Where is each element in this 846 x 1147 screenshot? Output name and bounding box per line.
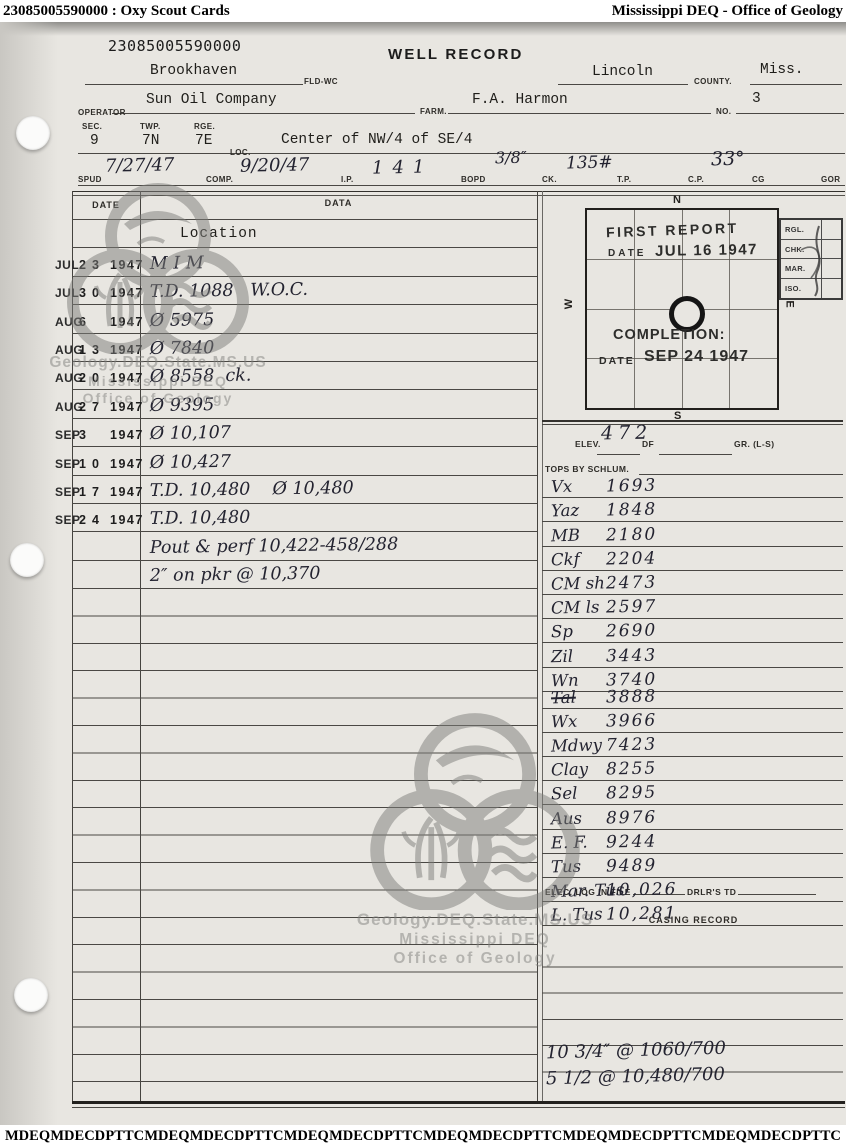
formation-top-row: Tus 9489 (542, 854, 843, 878)
date-stamp-day: 13 (79, 343, 105, 357)
entry-text: Ø 7840 (150, 338, 215, 359)
table-row: AUG 27 1947 Ø 9395 (72, 390, 537, 418)
date-stamp-day: 10 (79, 457, 105, 471)
date-stamp-year: 1947 (110, 513, 144, 527)
twp-value: 7N (142, 133, 159, 149)
entry-text: Ø 5975 (150, 310, 215, 331)
table-row: AUG 6 1947 Ø 5975 (72, 305, 537, 333)
tp-label: T.P. (617, 175, 631, 184)
underline (736, 113, 844, 114)
footer-item: PTTC (802, 1128, 841, 1145)
gor-label: GOR (821, 175, 840, 184)
ip-label: I.P. (341, 175, 354, 184)
table-bottom-rule (72, 1101, 845, 1104)
formation-top-row: Vx 1693 (542, 474, 843, 498)
date-stamp-day: 20 (79, 371, 105, 385)
entry-text: Ø 10,107 (150, 423, 231, 444)
date-stamp-month: SEP (55, 457, 81, 471)
formation-top-row: E. F. 9244 (542, 830, 843, 854)
table-rows: Location JUL 23 1947 M I M JUL 30 1947 T… (72, 220, 537, 589)
elevation-label: ELEV. (575, 439, 601, 449)
punch-hole (16, 116, 50, 150)
state-name: Miss. (760, 62, 804, 78)
underline (659, 454, 732, 455)
date-stamp-year: 1947 (110, 315, 144, 329)
date-stamp-year: 1947 (110, 343, 144, 357)
formation-depth: 2690 (606, 621, 658, 642)
bottom-bar: MDEQ MDECD PTTC MDEQ MDECD PTTC MDEQ MDE… (0, 1125, 846, 1147)
date-stamp-day: 27 (79, 400, 105, 414)
footer-item: MDEQ (144, 1128, 189, 1145)
well-record-title: WELL RECORD (388, 46, 524, 63)
formation-depth: 10,026 (606, 880, 678, 901)
table-row: JUL 23 1947 M I M (72, 248, 537, 276)
table-row: Location (72, 220, 537, 248)
entry-text: Pout & perf 10,422-458/288 (150, 534, 399, 557)
formation-top-row: Sel 8295 (542, 781, 843, 805)
api-number: 23085005590000 (108, 37, 241, 55)
formation-top-row: Zil 3443 (542, 643, 843, 667)
table-row: AUG 20 1947 Ø 8558 ck. (72, 362, 537, 390)
underline (85, 84, 303, 85)
ck-label: CK. (542, 175, 557, 184)
date-stamp-year: 1947 (110, 400, 144, 414)
underline (448, 113, 711, 114)
table-row: SEP 10 1947 Ø 10,427 (72, 447, 537, 475)
formation-name: Sel (551, 784, 578, 804)
field-label: FLD-WC (304, 77, 338, 86)
field-name: Brookhaven (150, 63, 237, 79)
formation-depth: 1693 (606, 476, 658, 497)
date-column-header: DATE (72, 191, 140, 219)
footer-item: PTTC (524, 1128, 563, 1145)
first-report-date: JUL 16 1947 (655, 241, 758, 260)
entry-text: T.D. 1088 W.O.C. (150, 280, 308, 302)
underline (750, 84, 842, 85)
signature-mark (781, 220, 845, 302)
well-number: 3 (752, 91, 761, 107)
table-row: Pout & perf 10,422-458/288 (72, 532, 537, 560)
county-label: COUNTY. (694, 77, 732, 86)
footer-item: PTTC (663, 1128, 702, 1145)
df-label: DF (642, 439, 654, 449)
casing-record-label: CASING RECORD (542, 915, 845, 925)
data-column-divider (537, 191, 538, 1102)
rge-value: 7E (195, 133, 212, 149)
date-stamp-year: 1947 (110, 428, 144, 442)
date-stamp-month: SEP (55, 513, 81, 527)
comp-label: COMP. (206, 175, 233, 184)
formation-top-row: CM ls 2597 (542, 595, 843, 619)
casing-entry: 5 1/2 @ 10,480/700 (546, 1064, 727, 1095)
formation-depth: 8295 (606, 783, 658, 804)
formation-name: CM ls (551, 597, 600, 617)
date-stamp-day: 6 (79, 315, 92, 329)
formation-top-row: CM sh 2473 (542, 571, 843, 595)
date-stamp-day: 24 (79, 513, 105, 527)
formation-depth: 9489 (606, 856, 658, 877)
underline (112, 113, 415, 114)
table-row: AUG 13 1947 Ø 7840 (72, 334, 537, 362)
formation-name: E. F. (551, 832, 588, 852)
formation-depth: 8976 (606, 807, 658, 828)
completion-date-label: DATE (599, 355, 635, 367)
formation-top-row: Aus 8976 (542, 805, 843, 829)
formation-depth: 3888 (606, 686, 658, 707)
entry-text: Location (180, 226, 258, 242)
formation-top-row: Mdwy 7423 (542, 733, 843, 757)
footer-item: MDEQ (423, 1128, 468, 1145)
table-row: SEP 24 1947 T.D. 10,480 (72, 504, 537, 532)
date-stamp-year: 1947 (110, 371, 144, 385)
sec-label: SEC. (82, 122, 102, 131)
date-stamp-month: JUL (55, 286, 79, 300)
footer-item: MDECD (608, 1128, 663, 1145)
footer-item: MDEQ (5, 1128, 50, 1145)
compass-west: W (563, 299, 575, 309)
footer-item: MDECD (329, 1128, 384, 1145)
spud-date: 7/27/47 (105, 154, 175, 176)
formation-depth: 9244 (606, 831, 658, 852)
formation-name: Tal (551, 687, 576, 707)
right-column: N S W E FIRST REPORT DATE JUL 16 1947 CO… (542, 191, 845, 1101)
formation-name: Tus (551, 857, 582, 877)
formation-depth: 1848 (606, 500, 658, 521)
loc-value: Center of NW/4 of SE/4 (281, 132, 472, 148)
table-row: SEP 17 1947 T.D. 10,480 Ø 10,480 (72, 476, 537, 504)
formation-top-row: Mar. Tus 10,026 (542, 878, 843, 902)
entry-text: T.D. 10,480 (150, 508, 251, 529)
entry-text: T.D. 10,480 Ø 10,480 (150, 478, 354, 501)
punch-hole (10, 543, 44, 577)
completion-stamp: COMPLETION: (613, 327, 726, 343)
tops-header: TOPS BY SCHLUM. (545, 464, 629, 474)
footer-item: MDECD (190, 1128, 245, 1145)
formation-top-row: Sp 2690 (542, 619, 843, 643)
formation-name: Yaz (551, 501, 580, 521)
section-divider (542, 420, 843, 422)
scanned-card: 23085005590000 WELL RECORD Brookhaven FL… (0, 22, 846, 1125)
date-stamp-year: 1947 (110, 485, 144, 499)
data-column-header: DATA (140, 191, 537, 219)
date-stamp-year: 1947 (110, 258, 144, 272)
date-stamp-month: SEP (55, 485, 81, 499)
formation-depth: 7423 (606, 735, 658, 756)
formation-depth: 2473 (606, 572, 658, 593)
formation-top-row: MB 2180 (542, 522, 843, 546)
compass-south: S (674, 410, 681, 422)
check-stamp: RGL. CHK. MAR. ISO. (779, 218, 843, 300)
date-stamp-year: 1947 (110, 457, 144, 471)
footer-item: MDECD (747, 1128, 802, 1145)
footer-item: MDEQ (562, 1128, 607, 1145)
footer-item: MDEQ (702, 1128, 747, 1145)
formation-name: Aus (551, 808, 583, 828)
sec-value: 9 (90, 133, 99, 149)
formation-top-row: Ckf 2204 (542, 547, 843, 571)
first-report-date-label: DATE (608, 248, 646, 259)
underline (597, 454, 640, 455)
formation-name: Clay (551, 760, 589, 780)
formation-name: Sp (551, 622, 573, 642)
formation-depth: 2597 (606, 597, 658, 618)
cg-label: CG (752, 175, 765, 184)
date-stamp-month: JUL (55, 258, 79, 272)
date-stamp-day: 3 (79, 428, 92, 442)
date-stamp-day: 30 (79, 286, 105, 300)
comp-date: 9/20/47 (240, 154, 310, 176)
farm-name: F.A. Harmon (472, 92, 568, 108)
formation-top-row: Wn 3740 (542, 668, 843, 692)
formation-name: Ckf (551, 549, 580, 569)
date-stamp-month: SEP (55, 428, 81, 442)
punch-hole (14, 978, 48, 1012)
choke-size: 3/8″ (495, 148, 527, 168)
top-bar: 23085005590000 : Oxy Scout Cards Mississ… (0, 0, 846, 22)
footer-item: PTTC (105, 1128, 144, 1145)
formation-tops-list: Vx 1693 Yaz 1848 MB 2180 Ckf (542, 474, 843, 926)
underline (558, 84, 688, 85)
table-row: SEP 3 1947 Ø 10,107 (72, 419, 537, 447)
footer-item: PTTC (245, 1128, 284, 1145)
formation-name: MB (551, 525, 581, 545)
formation-name: CM sh (551, 573, 605, 593)
twp-label: TWP. (140, 122, 161, 131)
formation-depth: 3966 (606, 710, 658, 731)
ip-value: 141 (372, 156, 434, 178)
footer-item: PTTC (384, 1128, 423, 1145)
entry-text: Ø 9395 (150, 395, 215, 416)
blank-ruled-lines (72, 589, 537, 1101)
rge-label: RGE. (194, 122, 215, 131)
well-number-label: NO. (716, 107, 731, 116)
date-stamp-day: 23 (79, 258, 105, 272)
formation-name: Mdwy (551, 735, 602, 755)
entry-text: 2″ on pkr @ 10,370 (150, 564, 321, 586)
formation-depth: 2180 (606, 524, 658, 545)
formation-depth: 2204 (606, 548, 658, 569)
window-title-right: Mississippi DEQ - Office of Geology (612, 3, 843, 20)
farm-label: FARM. (420, 107, 447, 116)
bopd-label: BOPD (461, 175, 486, 184)
ck-pressure: 135# (566, 153, 613, 174)
date-stamp-day: 17 (79, 485, 105, 499)
section-divider (542, 424, 843, 425)
gravity-value: 33° (711, 148, 745, 171)
formation-name: Wx (551, 712, 578, 732)
cp-label: C.P. (688, 175, 704, 184)
formation-top-row: Clay 8255 (542, 757, 843, 781)
well-log-table: DATE DATA Location JUL 23 1947 (72, 191, 537, 1101)
formation-depth: 3443 (606, 645, 658, 666)
table-row: JUL 30 1947 T.D. 1088 W.O.C. (72, 277, 537, 305)
county-name: Lincoln (592, 64, 653, 80)
formation-name: Zil (551, 646, 574, 666)
entry-text: Ø 10,427 (150, 451, 231, 472)
table-header-row: DATE DATA (72, 191, 537, 220)
operator-name: Sun Oil Company (146, 92, 277, 108)
window-title-left: 23085005590000 : Oxy Scout Cards (3, 3, 230, 20)
formation-name: Vx (551, 477, 573, 497)
footer-item: MDECD (468, 1128, 523, 1145)
table-row: 2″ on pkr @ 10,370 (72, 561, 537, 589)
footer-item: MDECD (50, 1128, 105, 1145)
operator-label: OPERATOR (78, 108, 126, 117)
formation-top-row: Tal 3888 (542, 692, 843, 709)
compass-north: N (673, 194, 681, 206)
completion-date: SEP 24 1947 (644, 348, 749, 366)
scout-card-page: 23085005590000 : Oxy Scout Cards Mississ… (0, 0, 846, 1147)
formation-top-row: Yaz 1848 (542, 498, 843, 522)
entry-text: M I M (150, 253, 204, 274)
spud-label: SPUD (78, 175, 102, 184)
formation-top-row: Wx 3966 (542, 709, 843, 733)
gr-label: GR. (L-S) (734, 439, 774, 449)
date-stamp-year: 1947 (110, 286, 144, 300)
table-bottom-rule (72, 1107, 845, 1108)
entry-text: Ø 8558 ck. (150, 366, 252, 387)
formation-depth: 8255 (606, 759, 658, 780)
footer-item: MDEQ (284, 1128, 329, 1145)
casing-entries: 10 3/4″ @ 1060/700 5 1/2 @ 10,480/700 (546, 1040, 726, 1093)
underline (78, 185, 845, 186)
